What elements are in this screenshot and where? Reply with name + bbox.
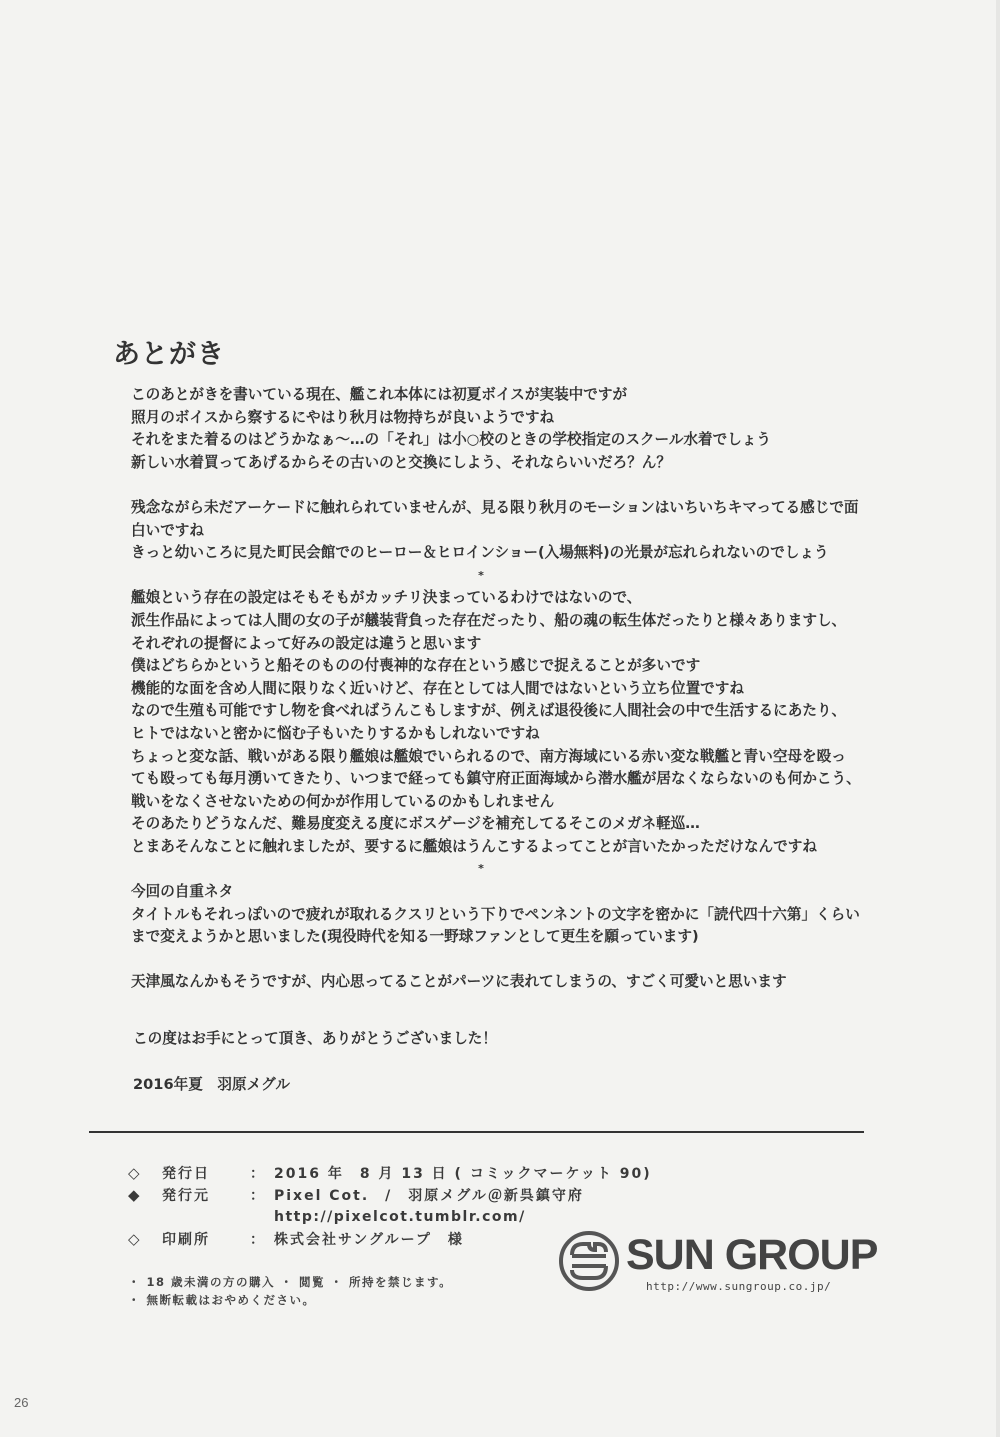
body-line: 新しい水着買ってあげるからその古いのと交換にしよう、それならいいだろ？ん？ — [131, 452, 891, 475]
body-line: とまあそんなことに触れましたが、要するに艦娘はうんこするよってことが言いたかった… — [131, 836, 891, 859]
colophon-label: 発行元 — [162, 1185, 250, 1205]
afterword-title: あとがき — [113, 332, 225, 371]
body-line: 白いですね — [131, 520, 891, 543]
body-line: ヒトではないと密かに悩む子もいたりするかもしれないですね — [131, 723, 891, 746]
colophon-colon: ： — [250, 1163, 274, 1183]
body-line: 残念ながら未だアーケードに触れられていませんが、見る限り秋月のモーションはいちい… — [131, 497, 891, 520]
author-signature: 2016年夏 羽原メグル — [133, 1073, 290, 1094]
body-line: 派生作品によっては人間の女の子が艤装背負った存在だったり、船の魂の転生体だったり… — [131, 610, 891, 633]
body-line: このあとがきを書いている現在、艦これ本体には初夏ボイスが実装中ですが — [131, 384, 891, 407]
page-number: 26 — [14, 1395, 28, 1410]
colophon-value: Pixel Cot. / 羽原メグル＠新呉鎮守府 — [274, 1185, 584, 1205]
colophon-value: 2016 年 8 月 13 日 ( コミックマーケット 90) — [274, 1163, 652, 1183]
section-separator-star: * — [131, 858, 831, 881]
body-line: 戦いをなくさせないための何かが作用しているのかもしれません — [131, 791, 891, 814]
section-separator-star: * — [131, 565, 831, 588]
afterword-body: このあとがきを書いている現在、艦これ本体には初夏ボイスが実装中ですが照月のボイス… — [131, 384, 891, 994]
page-edge — [996, 0, 1000, 1437]
hollow-diamond-icon: ◇ — [128, 1230, 162, 1248]
age-restriction-note: ・ 18 歳未満の方の購入 ・ 閲覧 ・ 所持を禁じます。 — [128, 1273, 452, 1291]
body-line: 今回の自重ネタ — [131, 881, 891, 904]
closing-message: この度はお手にとって頂き、ありがとうございました！ — [133, 1027, 497, 1048]
colophon-colon: ： — [250, 1185, 274, 1205]
body-line: ちょっと変な話、戦いがある限り艦娘は艦娘でいられるので、南方海域にいる赤い変な戦… — [131, 746, 891, 769]
body-line: なので生殖も可能ですし物を食べればうんこもしますが、例えば退役後に人間社会の中で… — [131, 700, 891, 723]
colophon-publisher: ◆ 発行元 ： Pixel Cot. / 羽原メグル＠新呉鎮守府 — [128, 1184, 652, 1206]
sun-group-mark-icon — [558, 1230, 620, 1292]
body-line: ても殴っても毎月湧いてきたり、いつまで経っても鎮守府正面海域から潜水艦が居なくな… — [131, 768, 891, 791]
body-line: まで変えようかと思いました(現役時代を知る一野球ファンとして更生を願っています) — [131, 926, 891, 949]
body-line: それをまた着るのはどうかなぁ～…の「それ」は小○校のときの学校指定のスクール水着… — [131, 429, 891, 452]
body-line: 艦娘という存在の設定はそもそもがカッチリ決まっているわけではないので、 — [131, 587, 891, 610]
body-line: 天津風なんかもそうですが、内心思ってることがパーツに表れてしまうの、すごく可愛い… — [131, 971, 891, 994]
colophon-publish-date: ◇ 発行日 ： 2016 年 8 月 13 日 ( コミックマーケット 90) — [128, 1162, 652, 1184]
colophon-value: 株式会社サングループ 様 — [274, 1229, 464, 1249]
body-line: 僕はどちらかというと船そのものの付喪神的な存在という感じで捉えることが多いです — [131, 655, 891, 678]
body-line: それぞれの提督によって好みの設定は違うと思います — [131, 633, 891, 656]
colophon-publisher-url: http://pixelcot.tumblr.com/ — [128, 1206, 652, 1228]
blank-line — [131, 474, 891, 497]
body-line: きっと幼いころに見た町民会館でのヒーロー＆ヒロインショー(入場無料)の光景が忘れ… — [131, 542, 891, 565]
body-line: 機能的な面を含め人間に限りなく近いけど、存在としては人間ではないという立ち位置で… — [131, 678, 891, 701]
sun-group-logo: SUN GROUP http://www.sungroup.co.jp/ — [558, 1230, 878, 1302]
blank-line — [131, 949, 891, 972]
publisher-url[interactable]: http://pixelcot.tumblr.com/ — [274, 1209, 526, 1225]
sun-group-url[interactable]: http://www.sungroup.co.jp/ — [646, 1280, 831, 1293]
body-line: タイトルもそれっぽいので疲れが取れるクスリという下りでペンネントの文字を密かに「… — [131, 904, 891, 927]
body-line: 照月のボイスから察するにやはり秋月は物持ちが良いようですね — [131, 407, 891, 430]
hollow-diamond-icon: ◇ — [128, 1164, 162, 1182]
legal-notes: ・ 18 歳未満の方の購入 ・ 閲覧 ・ 所持を禁じます。 ・ 無断転載はおやめ… — [128, 1273, 452, 1309]
colophon-label: 発行日 — [162, 1163, 250, 1183]
sun-group-wordmark: SUN GROUP — [626, 1232, 877, 1278]
body-line: そのあたりどうなんだ、難易度変える度にボスゲージを補充してるそこのメガネ軽巡… — [131, 813, 891, 836]
divider — [89, 1131, 864, 1133]
colophon-label: 印刷所 — [162, 1229, 250, 1249]
filled-diamond-icon: ◆ — [128, 1186, 162, 1204]
colophon-colon: ： — [250, 1229, 274, 1249]
no-reprint-note: ・ 無断転載はおやめください。 — [128, 1291, 452, 1309]
